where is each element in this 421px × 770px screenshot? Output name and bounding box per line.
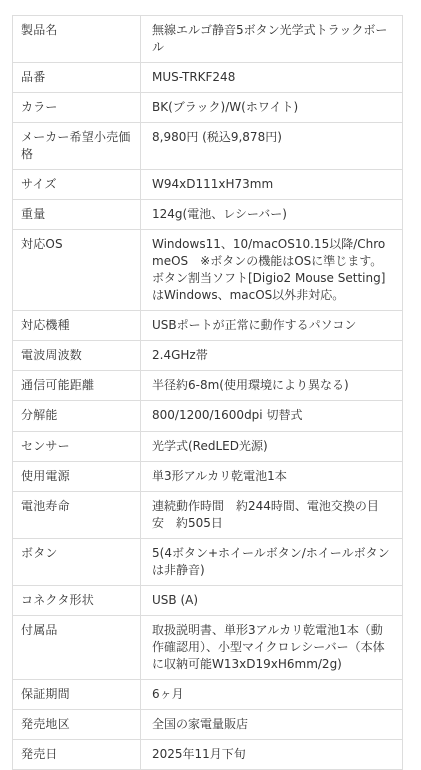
spec-value: BK(ブラック)/W(ホワイト) — [141, 93, 403, 123]
spec-row: コネクタ形状 USB (A) — [13, 585, 403, 615]
spec-row: 使用電源 単3形アルカリ乾電池1本 — [13, 461, 403, 491]
spec-row: センサー 光学式(RedLED光源) — [13, 431, 403, 461]
spec-row: 品番 MUS-TRKF248 — [13, 63, 403, 93]
spec-value: 連続動作時間 約244時間、電池交換の目安 約505日 — [141, 491, 403, 538]
spec-value: 124g(電池、レシーバー) — [141, 200, 403, 230]
spec-row: 電池寿命 連続動作時間 約244時間、電池交換の目安 約505日 — [13, 491, 403, 538]
spec-label: 使用電源 — [13, 461, 141, 491]
spec-value: 2025年11月下旬 — [141, 739, 403, 769]
spec-row: 付属品 取扱説明書、単形3アルカリ乾電池1本（動作確認用）、小型マイクロレシーバ… — [13, 615, 403, 679]
spec-label: 重量 — [13, 200, 141, 230]
spec-row: メーカー希望小売価格 8,980円 (税込9,878円) — [13, 123, 403, 170]
spec-row: ボタン 5(4ボタン+ホイールボタン/ホイールボタンは非静音) — [13, 538, 403, 585]
spec-label: 発売地区 — [13, 709, 141, 739]
spec-label: 電波周波数 — [13, 341, 141, 371]
spec-row: 電波周波数 2.4GHz帯 — [13, 341, 403, 371]
spec-value: 取扱説明書、単形3アルカリ乾電池1本（動作確認用）、小型マイクロレシーバー（本体… — [141, 615, 403, 679]
spec-label: 対応機種 — [13, 311, 141, 341]
spec-row: 通信可能距離 半径約6-8m(使用環境により異なる) — [13, 371, 403, 401]
spec-row: サイズ W94xD111xH73mm — [13, 170, 403, 200]
spec-value: MUS-TRKF248 — [141, 63, 403, 93]
spec-value: Windows11、10/macOS10.15以降/ChromeOS ※ボタンの… — [141, 230, 403, 311]
spec-value: 光学式(RedLED光源) — [141, 431, 403, 461]
spec-row: 対応OS Windows11、10/macOS10.15以降/ChromeOS … — [13, 230, 403, 311]
spec-value: 6ヶ月 — [141, 679, 403, 709]
spec-label: 電池寿命 — [13, 491, 141, 538]
spec-value: 8,980円 (税込9,878円) — [141, 123, 403, 170]
spec-row: 発売日 2025年11月下旬 — [13, 739, 403, 769]
spec-value: 単3形アルカリ乾電池1本 — [141, 461, 403, 491]
spec-label: サイズ — [13, 170, 141, 200]
spec-value: USBポートが正常に動作するパソコン — [141, 311, 403, 341]
spec-label: センサー — [13, 431, 141, 461]
spec-row: 保証期間 6ヶ月 — [13, 679, 403, 709]
product-spec-table: 製品名 無線エルゴ静音5ボタン光学式トラックボール 品番 MUS-TRKF248… — [12, 15, 403, 770]
spec-row: 分解能 800/1200/1600dpi 切替式 — [13, 401, 403, 431]
spec-value: 半径約6-8m(使用環境により異なる) — [141, 371, 403, 401]
spec-row: カラー BK(ブラック)/W(ホワイト) — [13, 93, 403, 123]
spec-value: 無線エルゴ静音5ボタン光学式トラックボール — [141, 16, 403, 63]
spec-label: メーカー希望小売価格 — [13, 123, 141, 170]
spec-value: 2.4GHz帯 — [141, 341, 403, 371]
spec-label: 分解能 — [13, 401, 141, 431]
spec-label: カラー — [13, 93, 141, 123]
spec-label: 保証期間 — [13, 679, 141, 709]
spec-label: ボタン — [13, 538, 141, 585]
spec-value: USB (A) — [141, 585, 403, 615]
spec-label: 品番 — [13, 63, 141, 93]
spec-label: コネクタ形状 — [13, 585, 141, 615]
spec-value: 全国の家電量販店 — [141, 709, 403, 739]
spec-row: 製品名 無線エルゴ静音5ボタン光学式トラックボール — [13, 16, 403, 63]
spec-page: 製品名 無線エルゴ静音5ボタン光学式トラックボール 品番 MUS-TRKF248… — [12, 15, 403, 770]
spec-label: 対応OS — [13, 230, 141, 311]
spec-label: 通信可能距離 — [13, 371, 141, 401]
spec-row: 対応機種 USBポートが正常に動作するパソコン — [13, 311, 403, 341]
spec-value: 5(4ボタン+ホイールボタン/ホイールボタンは非静音) — [141, 538, 403, 585]
spec-table-body: 製品名 無線エルゴ静音5ボタン光学式トラックボール 品番 MUS-TRKF248… — [13, 16, 403, 770]
spec-label: 付属品 — [13, 615, 141, 679]
spec-value: W94xD111xH73mm — [141, 170, 403, 200]
spec-label: 製品名 — [13, 16, 141, 63]
spec-value: 800/1200/1600dpi 切替式 — [141, 401, 403, 431]
spec-row: 発売地区 全国の家電量販店 — [13, 709, 403, 739]
spec-row: 重量 124g(電池、レシーバー) — [13, 200, 403, 230]
spec-label: 発売日 — [13, 739, 141, 769]
